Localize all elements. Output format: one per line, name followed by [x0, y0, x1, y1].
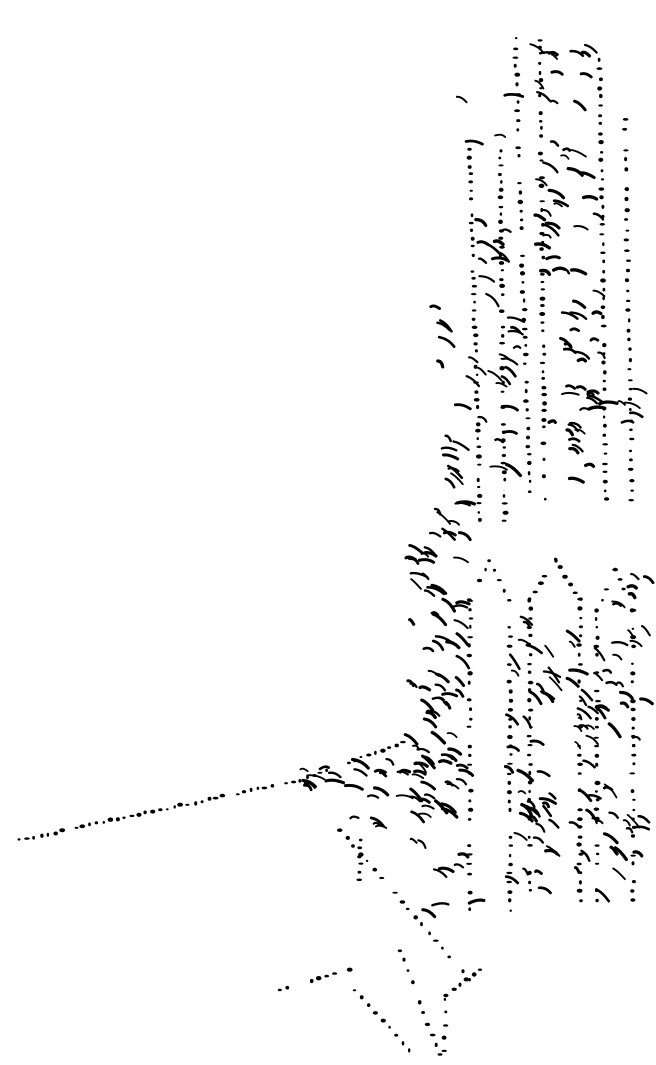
- hatching-strokes: [300, 44, 653, 916]
- stipple-dots: [18, 37, 637, 1056]
- ink-tower-illustration: [0, 0, 656, 1065]
